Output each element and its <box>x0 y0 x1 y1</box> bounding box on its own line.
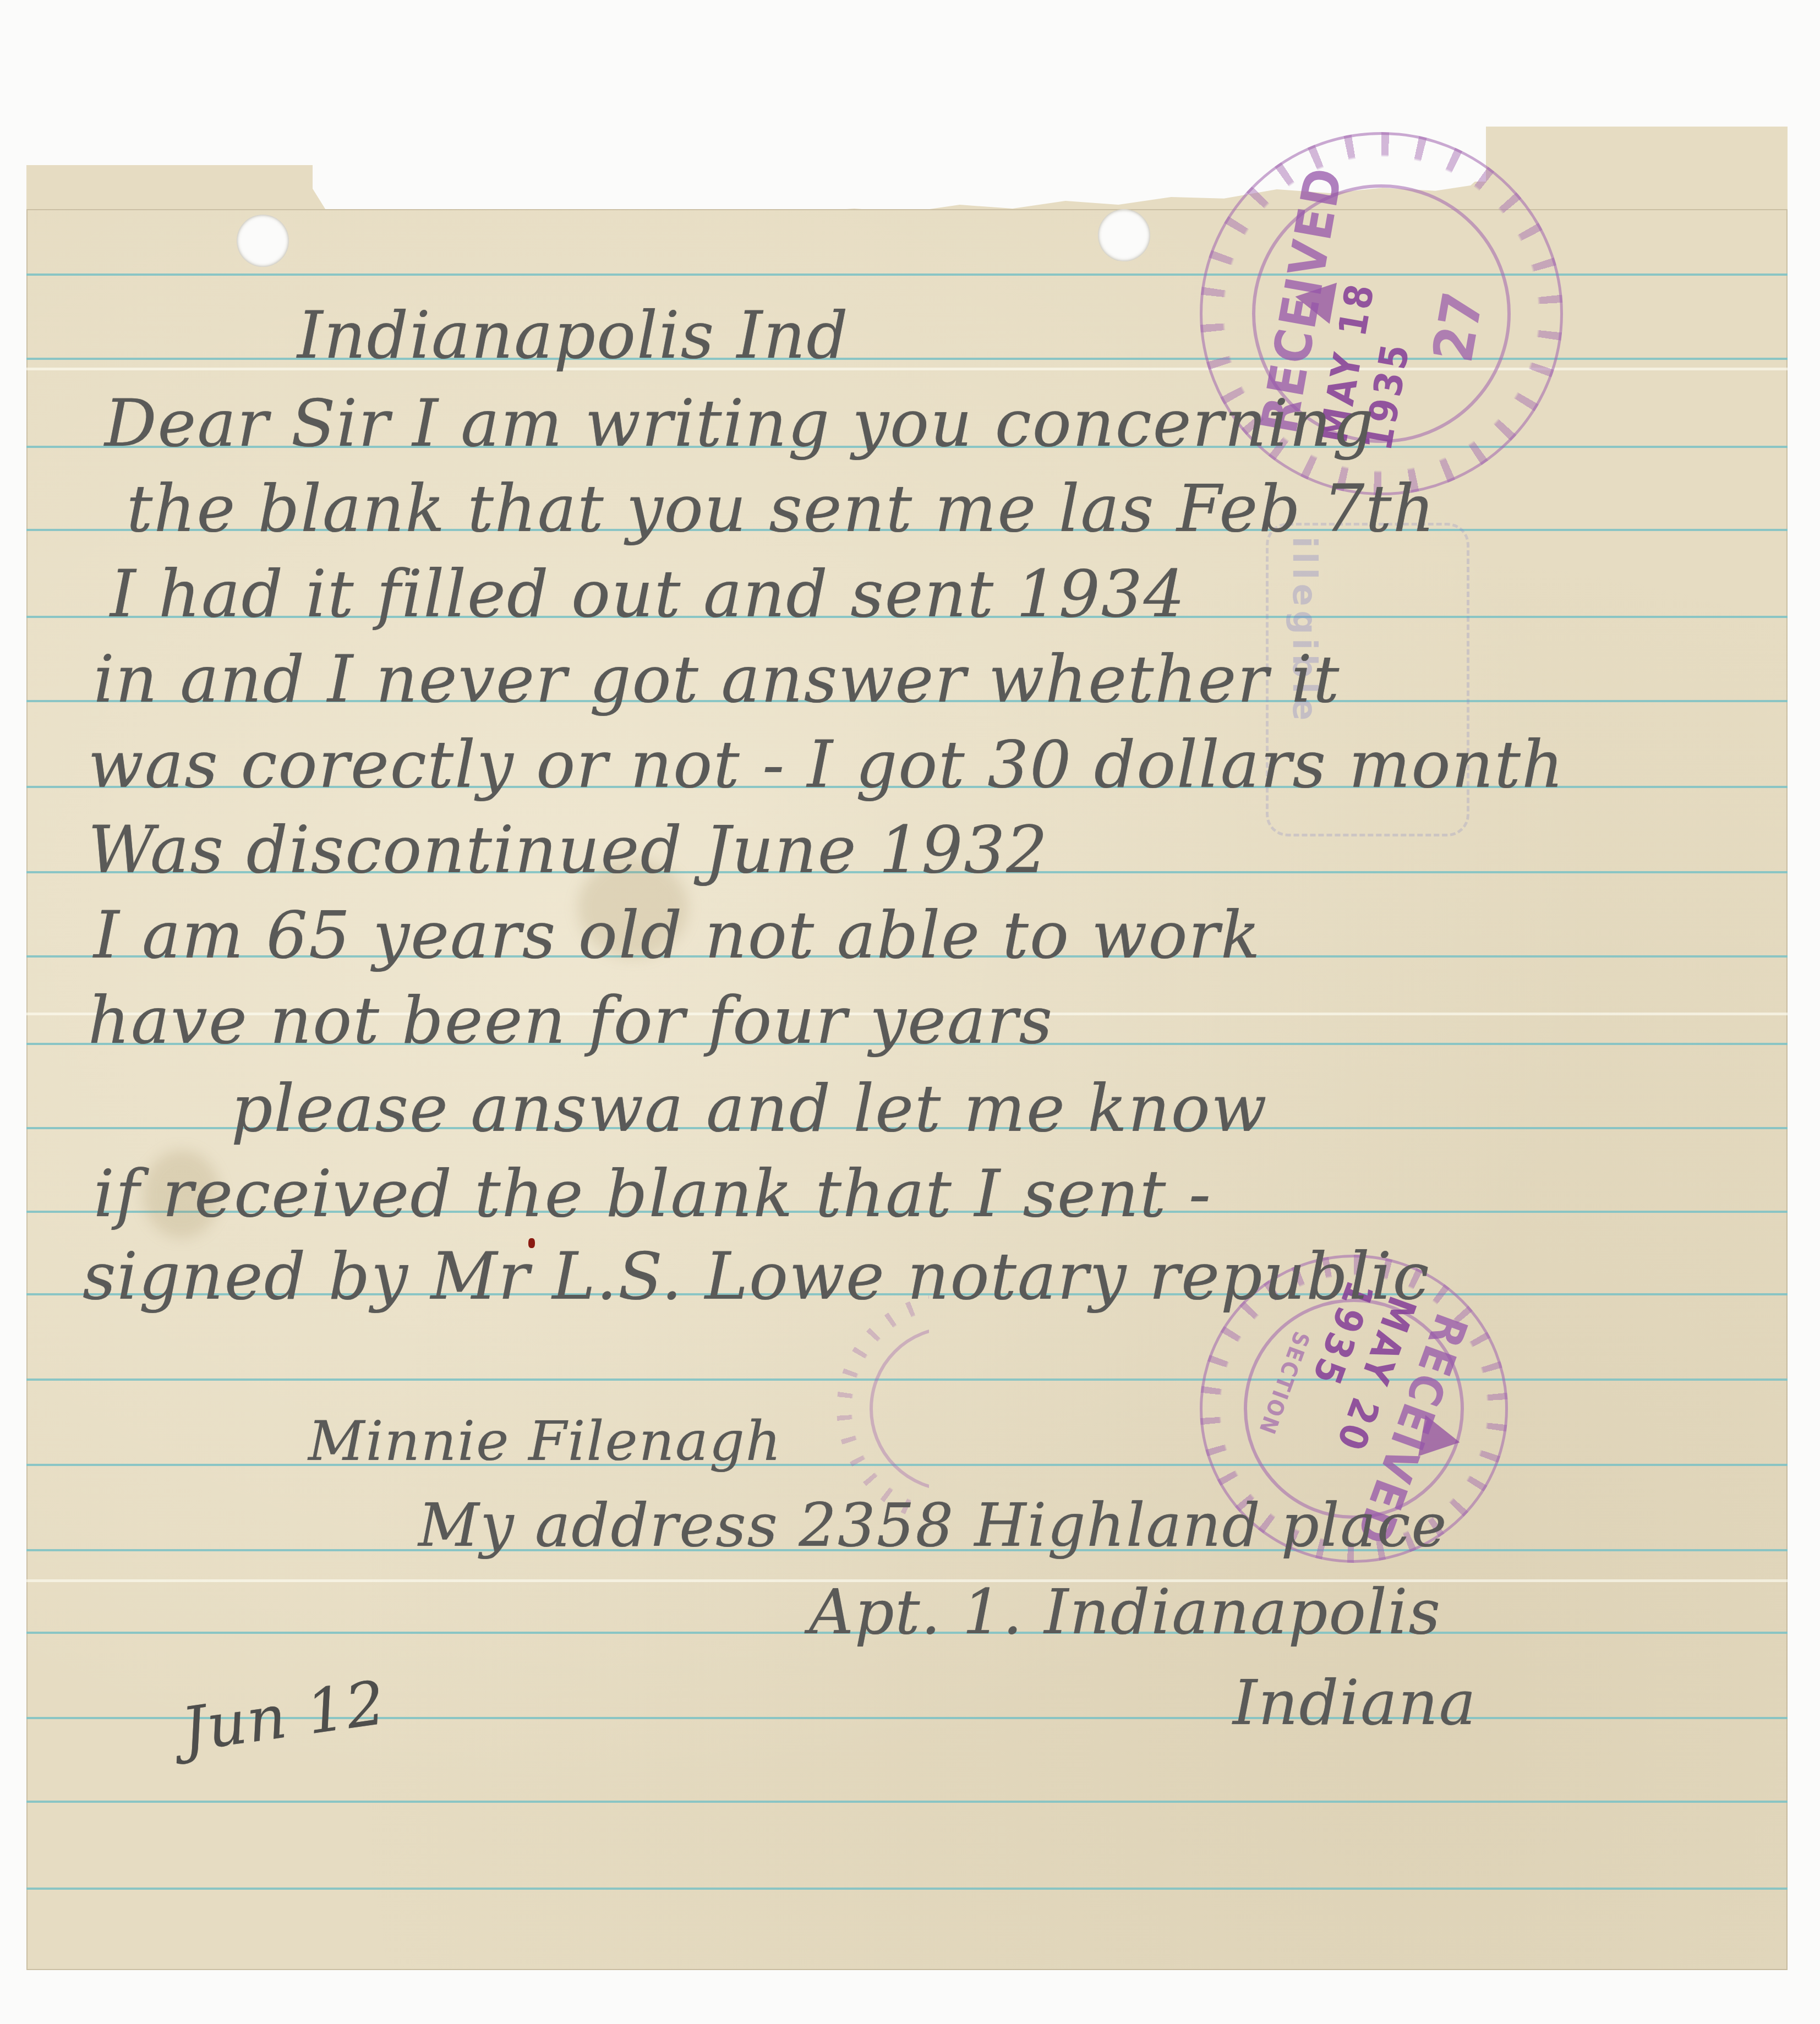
letter-line: Dear Sir I am writing you concerning <box>105 385 1375 461</box>
stamp-number: 27 <box>1420 288 1496 367</box>
punch-hole-icon <box>237 215 289 267</box>
letter-line: was corectly or not - I got 30 dollars m… <box>88 726 1565 802</box>
address-line: My address 2358 Highland place <box>418 1491 1447 1560</box>
letter-line: please answa and let me know <box>231 1070 1268 1146</box>
letter-heading: Indianapolis Ind <box>297 297 849 373</box>
punch-hole-icon <box>1098 209 1150 261</box>
letter-line: if received the blank that I sent - <box>94 1156 1212 1232</box>
letter-line: I had it filled out and sent 1934 <box>110 556 1186 632</box>
letter-line: the blank that you sent me las Feb 7th <box>127 471 1436 546</box>
address-line: Indiana <box>1233 1667 1477 1739</box>
letter-line: in and I never got answer whether it <box>94 641 1340 717</box>
signature: Minnie Filenagh <box>308 1409 782 1473</box>
letter-line: I am 65 years old not able to work <box>94 897 1261 973</box>
letter-line: signed by Mr L.S. Lowe notary republic <box>83 1238 1430 1314</box>
letter-line: Was discontinued June 1932 <box>88 812 1048 888</box>
address-line: Apt. 1. Indianapolis <box>809 1577 1441 1648</box>
letter-line: have not been for four years <box>88 982 1053 1058</box>
